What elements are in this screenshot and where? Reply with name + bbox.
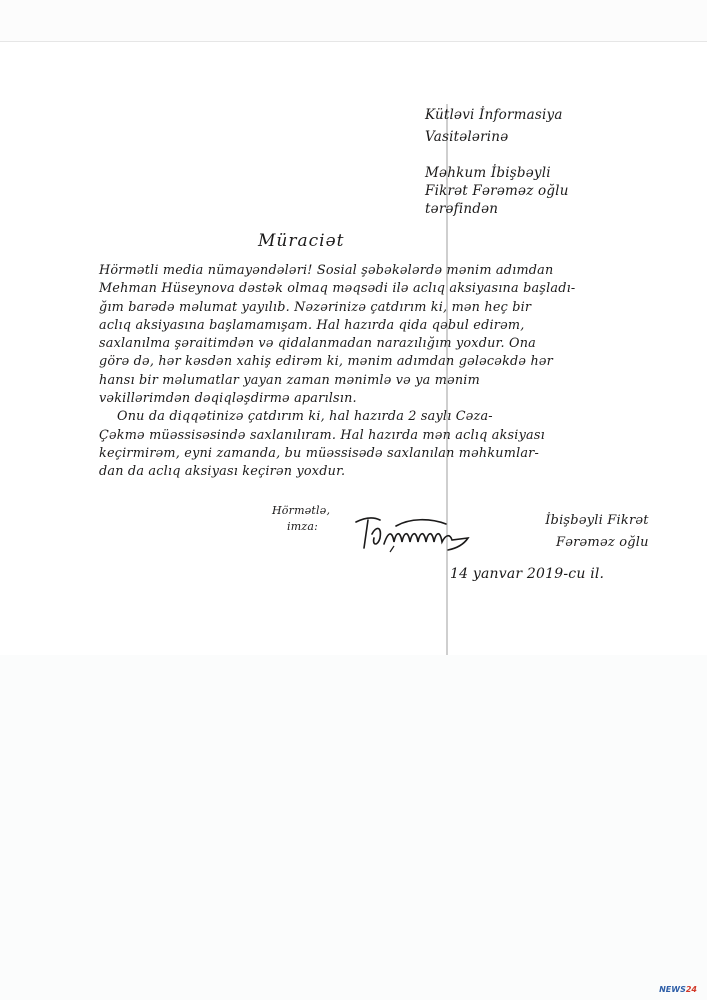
body-line: Hörmətli media nümayəndələri! Sosial şəb… (99, 262, 575, 280)
body-line: Mehman Hüseynova dəstək olmaq məqsədi il… (99, 280, 575, 298)
addressee-block: Kütləvi İnformasiya Vasitələrinə (425, 104, 563, 148)
sender-line: tərəfindən (425, 200, 569, 218)
scan-top-band (0, 0, 707, 42)
body-line: vəkillərimdən dəqiqləşdirmə aparılsın. (99, 390, 575, 408)
scan-top-edge (0, 41, 707, 42)
body-line: Onu da diqqətinizə çatdırım ki, hal hazı… (99, 408, 575, 426)
addressee-line: Kütləvi İnformasiya (425, 104, 563, 126)
body-line: hansı bir məlumatlar yayan zaman mənimlə… (99, 372, 575, 390)
signature-scribble (350, 508, 475, 556)
signer-patronymic: Fərəməz oğlu (486, 532, 649, 554)
body-line: Çəkmə müəssisəsində saxlanılıram. Hal ha… (99, 427, 575, 445)
watermark-primary: NEWS (659, 985, 686, 994)
addressee-line: Vasitələrinə (425, 126, 563, 148)
letter-date: 14 yanvar 2019-cu il. (450, 566, 604, 582)
letter-body: Hörmətli media nümayəndələri! Sosial şəb… (99, 262, 575, 482)
sender-block: Məhkum İbişbəyli Fikrət Fərəməz oğlu tər… (425, 164, 569, 218)
body-line: görə də, hər kəsdən xahiş edirəm ki, mən… (99, 353, 575, 371)
scan-lower-band (0, 655, 707, 1000)
body-line: saxlanılma şəraitimdən və qidalanmadan n… (99, 335, 575, 353)
document-title: Müraciət (258, 231, 344, 251)
news24-watermark: NEWS24 (659, 985, 697, 994)
watermark-secondary: 24 (686, 985, 697, 994)
body-line: dan da aclıq aksiyası keçirən yoxdur. (99, 463, 575, 481)
signer-block: İbişbəyli Fikrət Fərəməz oğlu (486, 510, 649, 554)
body-line: ğım barədə məlumat yayılıb. Nəzərinizə ç… (99, 299, 575, 317)
body-line: aclıq aksiyasına başlamamışam. Hal hazır… (99, 317, 575, 335)
signature-label: imza: (287, 520, 318, 533)
signer-name: İbişbəyli Fikrət (545, 513, 648, 528)
sender-line: Fikrət Fərəməz oğlu (425, 182, 569, 200)
closing-salutation: Hörmətlə, (272, 503, 330, 518)
sender-line: Məhkum İbişbəyli (425, 164, 569, 182)
body-line: keçirmirəm, eyni zamanda, bu müəssisədə … (99, 445, 575, 463)
